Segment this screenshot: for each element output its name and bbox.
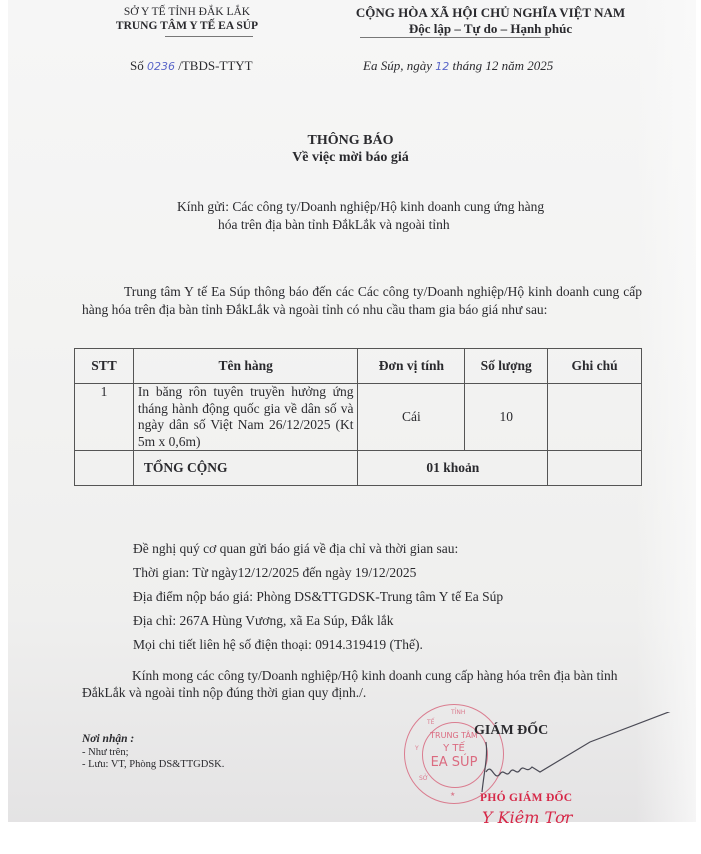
cell-name: In băng rôn tuyên truyền hưởng ứng tháng…: [133, 384, 358, 451]
table-total-row: TỔNG CỘNG 01 khoản: [75, 451, 642, 486]
doc-date-suffix: tháng 12 năm 2025: [449, 58, 553, 73]
cell-stt: 1: [75, 384, 134, 451]
addressee: Kính gửi: Các công ty/Doanh nghiệp/Hộ ki…: [177, 198, 647, 234]
total-note-cell: [548, 451, 642, 486]
national-header: CỘNG HÒA XÃ HỘI CHỦ NGHĨA VIỆT NAM Độc l…: [288, 5, 693, 37]
col-name: Tên hàng: [133, 349, 358, 384]
total-stt-cell: [75, 451, 134, 486]
cell-quantity: 10: [465, 384, 548, 451]
title-main: THÔNG BÁO: [0, 132, 701, 149]
table-row: 1 In băng rôn tuyên truyền hưởng ứng thá…: [75, 384, 642, 451]
cell-unit: Cái: [358, 384, 465, 451]
stamp-ring-text: TỈNH: [451, 709, 465, 716]
title-subtitle: Về việc mời báo giá: [0, 149, 701, 166]
document-title: THÔNG BÁO Về việc mời báo giá: [0, 132, 701, 166]
detail-contact: Mọi chi tiết liên hệ số điện thoại: 0914…: [133, 633, 503, 657]
col-note: Ghi chú: [548, 349, 642, 384]
submission-details: Đề nghị quý cơ quan gửi báo giá về địa c…: [133, 537, 503, 657]
intro-paragraph: Trung tâm Y tế Ea Súp thông báo đến các …: [82, 283, 642, 319]
handwritten-signature: [480, 712, 700, 802]
doc-number-handwritten: 0236: [147, 60, 175, 73]
detail-request: Đề nghị quý cơ quan gửi báo giá về địa c…: [133, 537, 503, 561]
doc-number-prefix: Số: [130, 58, 147, 73]
nation-motto: Độc lập – Tự do – Hạnh phúc: [288, 21, 693, 37]
document-date: Ea Súp, ngày 12 tháng 12 năm 2025: [363, 58, 553, 74]
doc-date-day: 12: [435, 60, 449, 73]
deputy-director-title: PHÓ GIÁM ĐỐC: [480, 792, 572, 804]
table-header-row: STT Tên hàng Đơn vị tính Số lượng Ghi ch…: [75, 349, 642, 384]
stamp-ring-text: TẾ: [427, 719, 434, 726]
col-stt: STT: [75, 349, 134, 384]
total-value: 01 khoản: [358, 451, 548, 486]
items-table: STT Tên hàng Đơn vị tính Số lượng Ghi ch…: [74, 348, 642, 486]
document-number: Số 0236 /TBDS-TTYT: [130, 58, 253, 74]
signer-name: Y Kiêm Tơr: [482, 808, 572, 827]
agency-parent: SỞ Y TẾ TỈNH ĐẮK LẮK: [82, 5, 292, 19]
closing-paragraph: Kính mong các công ty/Doanh nghiệp/Hộ ki…: [82, 667, 642, 701]
stamp-ring-text: SỞ: [419, 775, 428, 782]
detail-place: Địa điểm nộp báo giá: Phòng DS&TTGDSK-Tr…: [133, 585, 503, 609]
total-label: TỔNG CỘNG: [133, 451, 358, 486]
recipients: Nơi nhận : - Như trên; - Lưu: VT, Phòng …: [82, 733, 224, 771]
col-quantity: Số lượng: [465, 349, 548, 384]
cell-note: [548, 384, 642, 451]
agency-underline: [165, 36, 253, 37]
detail-time: Thời gian: Từ ngày12/12/2025 đến ngày 19…: [133, 561, 503, 585]
addressee-line1: Kính gửi: Các công ty/Doanh nghiệp/Hộ ki…: [177, 198, 647, 216]
recipients-heading: Nơi nhận :: [82, 733, 224, 745]
agency-name: TRUNG TÂM Y TẾ EA SÚP: [82, 19, 292, 33]
addressee-line2: hóa trên địa bàn tỉnh ĐắkLắk và ngoài tỉ…: [177, 216, 647, 234]
agency-header: SỞ Y TẾ TỈNH ĐẮK LẮK TRUNG TÂM Y TẾ EA S…: [82, 5, 292, 33]
recipient-item: - Lưu: VT, Phòng DS&TTGDSK.: [82, 759, 224, 771]
doc-date-prefix: Ea Súp, ngày: [363, 58, 435, 73]
nation-name: CỘNG HÒA XÃ HỘI CHỦ NGHĨA VIỆT NAM: [288, 5, 693, 21]
detail-address: Địa chỉ: 267A Hùng Vương, xã Ea Súp, Đắk…: [133, 609, 503, 633]
motto-underline: [360, 37, 550, 38]
star-icon: ★: [450, 791, 455, 798]
col-unit: Đơn vị tính: [358, 349, 465, 384]
doc-number-suffix: /TBDS-TTYT: [175, 58, 253, 73]
recipient-item: - Như trên;: [82, 747, 224, 759]
